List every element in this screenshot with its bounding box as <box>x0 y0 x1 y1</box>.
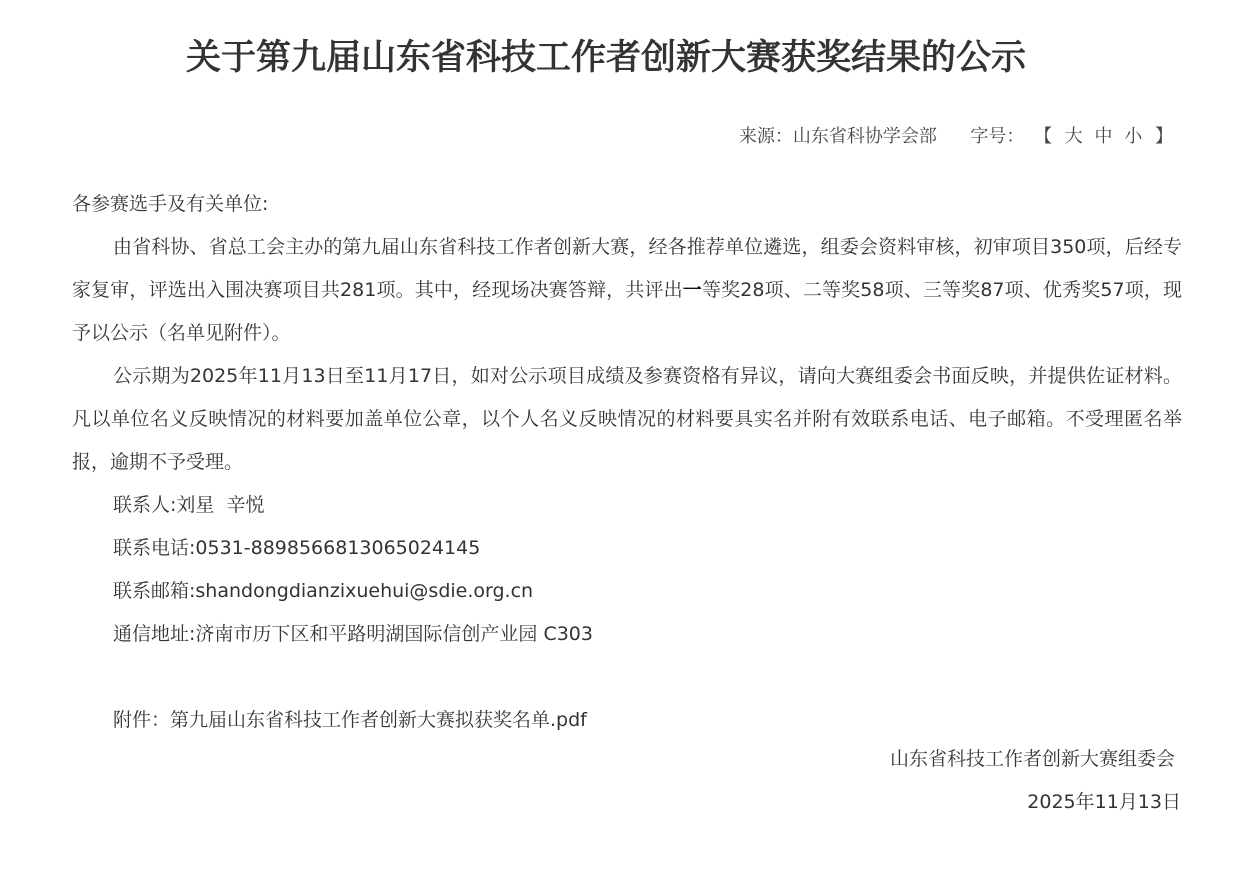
contact-email: 联系邮箱:shandongdianzixuehui@sdie.org.cn <box>72 570 1182 613</box>
attachment-line: 附件：第九届山东省科技工作者创新大赛拟获奖名单.pdf <box>72 699 1182 742</box>
signature-organization: 山东省科技工作者创新大赛组委会 <box>890 738 1175 781</box>
signature-date: 2025年11月13日 <box>890 781 1181 824</box>
spacer <box>72 656 1182 699</box>
paragraph-results: 由省科协、省总工会主办的第九届山东省科技工作者创新大赛，经各推荐单位遴选，组委会… <box>72 226 1182 355</box>
bracket-open: 【 <box>1034 126 1052 147</box>
paragraph-objection-period: 公示期为2025年11月13日至11月17日，如对公示项目成绩及参赛资格有异议，… <box>72 355 1182 484</box>
font-size-label: 字号： <box>970 126 1024 147</box>
contact-person: 联系人:刘星 辛悦 <box>72 484 1182 527</box>
article-meta: 来源：山东省科协学会部 字号： 【 大 中 小 】 <box>739 124 1177 150</box>
page-title: 关于第九届山东省科技工作者创新大赛获奖结果的公示 <box>0 34 1212 82</box>
font-size-medium-button[interactable]: 中 <box>1095 126 1113 147</box>
salutation: 各参赛选手及有关单位: <box>72 183 1182 226</box>
article-body: 各参赛选手及有关单位: 由省科协、省总工会主办的第九届山东省科技工作者创新大赛，… <box>72 183 1182 742</box>
attachment-label: 附件： <box>113 709 170 731</box>
source-value: 山东省科协学会部 <box>793 126 937 147</box>
font-size-large-button[interactable]: 大 <box>1065 126 1083 147</box>
bracket-close: 】 <box>1155 126 1173 147</box>
font-size-small-button[interactable]: 小 <box>1124 126 1142 147</box>
signature-block: 山东省科技工作者创新大赛组委会 2025年11月13日 <box>890 738 1175 824</box>
source-label: 来源： <box>739 126 793 147</box>
contact-address: 通信地址:济南市历下区和平路明湖国际信创产业园 C303 <box>72 613 1182 656</box>
first-prize-emphasis: 一 <box>683 279 702 301</box>
notice-page: 关于第九届山东省科技工作者创新大赛获奖结果的公示 来源：山东省科协学会部 字号：… <box>0 0 1239 869</box>
contact-phone: 联系电话:0531-8898566813065024145 <box>72 527 1182 570</box>
attachment-link[interactable]: 第九届山东省科技工作者创新大赛拟获奖名单.pdf <box>170 709 587 731</box>
